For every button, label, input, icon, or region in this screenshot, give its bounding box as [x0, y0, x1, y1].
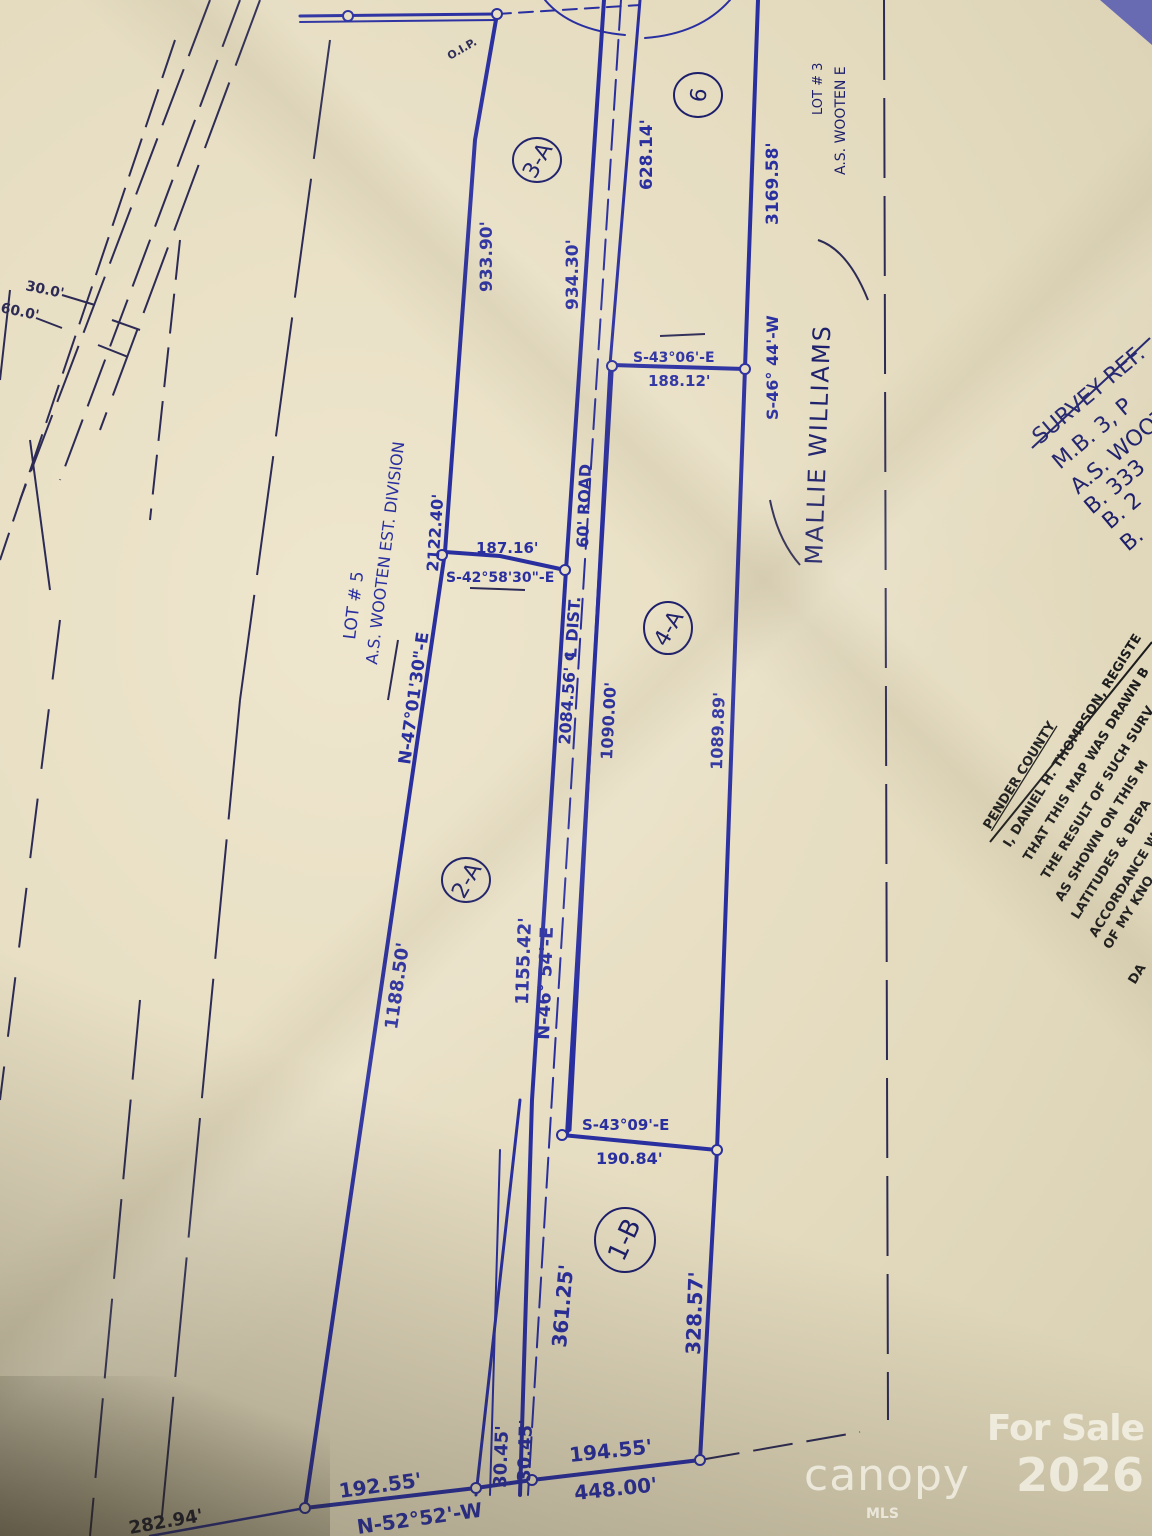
lot-label-1b: 1-B	[602, 1214, 647, 1266]
south-cross-bearing: S-43°09'-E	[582, 1116, 669, 1134]
north-cross-distance: 188.12'	[648, 372, 710, 390]
dim-1089-89: 1089.89'	[707, 692, 729, 770]
dim-933-90: 933.90'	[477, 221, 497, 292]
road-half-1: 30.45'	[490, 1425, 513, 1488]
dim-361-25: 361.25'	[547, 1263, 578, 1348]
dim-3169-58: 3169.58'	[763, 142, 783, 225]
lot3-line1: LOT # 3	[811, 63, 826, 115]
canopy-mls-label: MLS	[866, 1506, 899, 1522]
canopy-logo: canopy	[804, 1450, 970, 1501]
south-total: 448.00'	[573, 1472, 658, 1505]
mid-cross-distance: 187.16'	[476, 539, 538, 557]
south-bearing: N-52°52'-W	[355, 1498, 483, 1536]
north-cross-bearing: S-43°06'-E	[633, 350, 715, 366]
watermark-for-sale: For Sale	[987, 1408, 1144, 1449]
listing-watermark: For Sale canopy MLS 2026	[804, 1408, 1144, 1528]
survey-ref: SURVEY REF. M.B. 3, P A.S. WOOT B. 333 B…	[1028, 338, 1152, 557]
row-arrows	[36, 295, 140, 357]
plat-drawing: 3-A 6 4-A 2-A 1-B 933.90' 934.30' 628.14…	[0, 0, 1152, 1536]
road-bearing: N-46° 54'-E	[533, 926, 558, 1040]
lot5-line2: A.S. WOOTEN EST. DIVISION	[362, 440, 408, 665]
road-half-2: 30.45'	[514, 1419, 537, 1482]
row-30: 30.0'	[24, 278, 65, 302]
south-cross-distance: 190.84'	[596, 1149, 663, 1168]
lot3-line2: A.S. WOOTEN E	[833, 66, 849, 175]
certificate-line-8: DA	[1126, 961, 1150, 987]
dim-628-14: 628.14'	[637, 119, 657, 190]
south-seg-2: 194.55'	[568, 1434, 653, 1467]
survey-plat-sheet: 3-A 6 4-A 2-A 1-B 933.90' 934.30' 628.14…	[0, 0, 1152, 1536]
lot5-line1: LOT # 5	[340, 570, 368, 640]
leader-arrows	[388, 240, 868, 700]
parcel-boundaries	[150, 0, 758, 1536]
west-bearing: N-47°01'30"-E	[395, 631, 433, 766]
dimension-labels: 933.90' 934.30' 628.14' 3169.58' S-46° 4…	[0, 35, 783, 1536]
mallie-williams: MALLIE WILLIAMS	[800, 324, 836, 566]
mid-cross-bearing: S-42°58'30"-E	[446, 570, 554, 586]
lot-label-4a: 4-A	[649, 607, 689, 651]
certificate-block: PENDER COUNTY I, DANIEL H. THOMPSON, REG…	[981, 631, 1152, 987]
dim-934-30: 934.30'	[563, 239, 583, 310]
corner-stripe	[1100, 0, 1152, 45]
oip-label: O.I.P.	[445, 35, 479, 62]
row-lines	[0, 0, 888, 1536]
road-centerline: 2084.56' ℄ DIST.	[555, 596, 584, 746]
road-60ft-label: 60' ROAD	[573, 464, 595, 549]
dim-328-57: 328.57'	[681, 1271, 708, 1355]
southwest-seg: 282.94'	[127, 1505, 204, 1536]
dim-1155-42: 1155.42'	[512, 917, 536, 1005]
east-bearing: S-46° 44'-W	[763, 315, 782, 420]
watermark-year: 2026	[1016, 1448, 1144, 1502]
dim-1090-00: 1090.00'	[597, 682, 620, 761]
lot-label-6: 6	[686, 86, 713, 104]
